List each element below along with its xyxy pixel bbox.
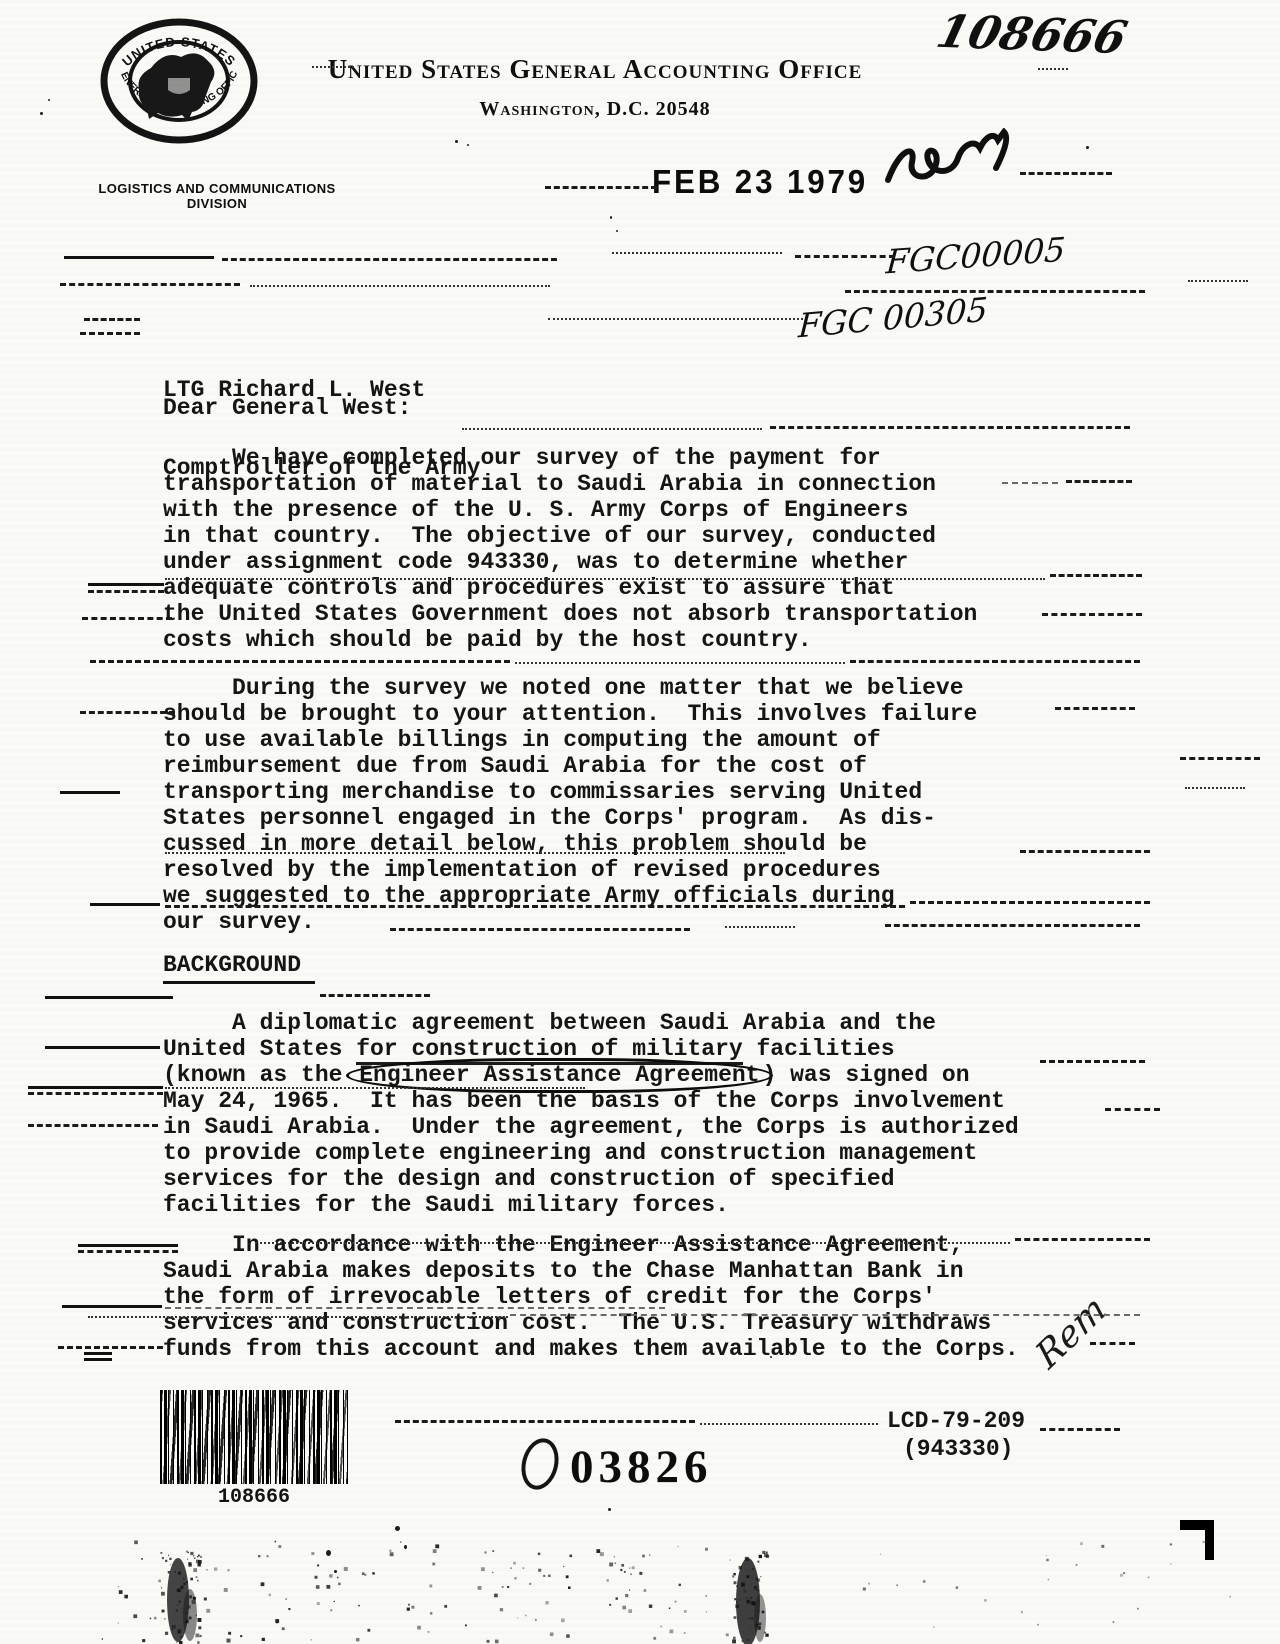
scan-artifact [1015, 1238, 1150, 1241]
barcode [160, 1390, 348, 1484]
scan-artifact [910, 901, 1150, 904]
scan-artifact [84, 318, 140, 321]
handwritten-file-code-2: FGC 00305 [797, 290, 988, 346]
salutation: Dear General West: [163, 395, 411, 421]
handwritten-doc-number: 108666 [932, 5, 1133, 64]
date-stamp: FEB 23 1979 [652, 163, 868, 201]
handwritten-initials-scribble [882, 128, 1032, 204]
scan-artifact [545, 186, 657, 189]
scan-artifact [250, 285, 550, 287]
scan-artifact [1040, 1060, 1145, 1063]
scan-artifact [28, 1124, 158, 1127]
paragraph-4: In accordance with the Engineer Assistan… [163, 1232, 1019, 1362]
scan-speck [940, 302, 942, 304]
assignment-code: (943330) [903, 1436, 1013, 1462]
scan-artifact [1105, 1108, 1160, 1111]
scan-artifact [64, 256, 214, 259]
scan-speck [770, 1356, 772, 1358]
agency-address: Washington, D.C. 20548 [280, 98, 910, 121]
scan-artifact [90, 660, 510, 663]
scan-artifact [1090, 1342, 1135, 1345]
paragraph-2: During the survey we noted one matter th… [163, 675, 977, 935]
scan-artifact [725, 926, 795, 928]
scan-artifact [612, 252, 782, 254]
report-reference: LCD-79-209 [887, 1408, 1025, 1434]
scan-artifact [515, 662, 845, 664]
scan-artifact [1188, 280, 1248, 282]
scan-artifact [390, 928, 690, 931]
scan-artifact [60, 283, 240, 286]
scan-artifact [58, 1346, 163, 1349]
scan-artifact [850, 660, 1140, 663]
scan-artifact [82, 617, 172, 620]
scan-artifact [548, 318, 803, 320]
handwritten-note: Rem [1029, 1288, 1114, 1378]
scan-artifact [45, 996, 173, 999]
scan-speck [610, 216, 612, 219]
scan-artifact [165, 1087, 585, 1089]
scan-artifact [1055, 707, 1135, 710]
scan-speck [48, 99, 50, 101]
scan-artifact [395, 1420, 695, 1423]
scan-speck [40, 112, 43, 115]
scan-artifact [770, 426, 1130, 429]
scan-artifact [1066, 480, 1132, 483]
scan-artifact [88, 1316, 508, 1318]
scan-artifact [1020, 850, 1150, 853]
scan-artifact [510, 1314, 1140, 1316]
scan-artifact [28, 1092, 163, 1095]
scan-artifact [165, 1307, 665, 1309]
scan-artifact [165, 905, 905, 908]
scan-artifact [84, 1352, 112, 1355]
scan-noise [0, 1480, 1280, 1644]
scan-artifact [1042, 613, 1142, 616]
scan-artifact [795, 255, 895, 258]
division-line1: LOGISTICS AND COMMUNICATIONS [84, 181, 350, 196]
scan-artifact [78, 1244, 178, 1247]
scan-artifact [88, 590, 164, 593]
scan-artifact [84, 1358, 112, 1361]
handwritten-file-code-1: FGC00005 [885, 230, 1067, 282]
paragraph-3: A diplomatic agreement between Saudi Ara… [163, 1010, 1019, 1218]
scan-artifact [28, 1086, 163, 1089]
background-heading: BACKGROUND [163, 952, 315, 984]
scan-speck [616, 230, 618, 232]
scan-artifact [845, 290, 1145, 293]
scan-artifact [462, 428, 762, 430]
scan-artifact [62, 1305, 162, 1308]
scan-artifact [1185, 787, 1245, 789]
scanned-letter-page: UNITED STATES GENERAL ACCOUNTING OFFICE … [0, 0, 1280, 1644]
scan-artifact [1020, 172, 1112, 175]
agency-name: United States General Accounting Office [280, 54, 910, 85]
scan-speck [455, 140, 458, 143]
scan-artifact [1180, 757, 1260, 760]
scan-artifact [80, 332, 140, 335]
scan-artifact [1038, 68, 1068, 70]
scan-artifact [78, 1250, 178, 1253]
scan-artifact [700, 1423, 878, 1425]
scan-artifact [222, 258, 557, 261]
scan-artifact [1040, 1428, 1120, 1431]
scan-artifact [1050, 574, 1142, 577]
division-name: LOGISTICS AND COMMUNICATIONS DIVISION [84, 181, 350, 211]
scan-artifact [80, 711, 175, 714]
scan-artifact [60, 791, 120, 794]
scan-artifact [165, 852, 785, 854]
paragraph-1: We have completed our survey of the paym… [163, 445, 977, 653]
scan-artifact [88, 583, 164, 586]
gao-seal-icon: UNITED STATES GENERAL ACCOUNTING OFFICE [98, 18, 260, 144]
scan-artifact [90, 903, 160, 906]
scan-artifact [255, 1242, 1010, 1244]
scan-artifact [165, 578, 1045, 580]
scan-artifact [885, 924, 1140, 927]
scan-artifact [312, 66, 354, 68]
scan-artifact [45, 1046, 160, 1049]
scan-speck [1086, 146, 1089, 149]
scan-artifact [1002, 482, 1058, 484]
scan-artifact [320, 994, 430, 997]
scan-speck [467, 144, 469, 146]
division-line2: DIVISION [84, 196, 350, 211]
